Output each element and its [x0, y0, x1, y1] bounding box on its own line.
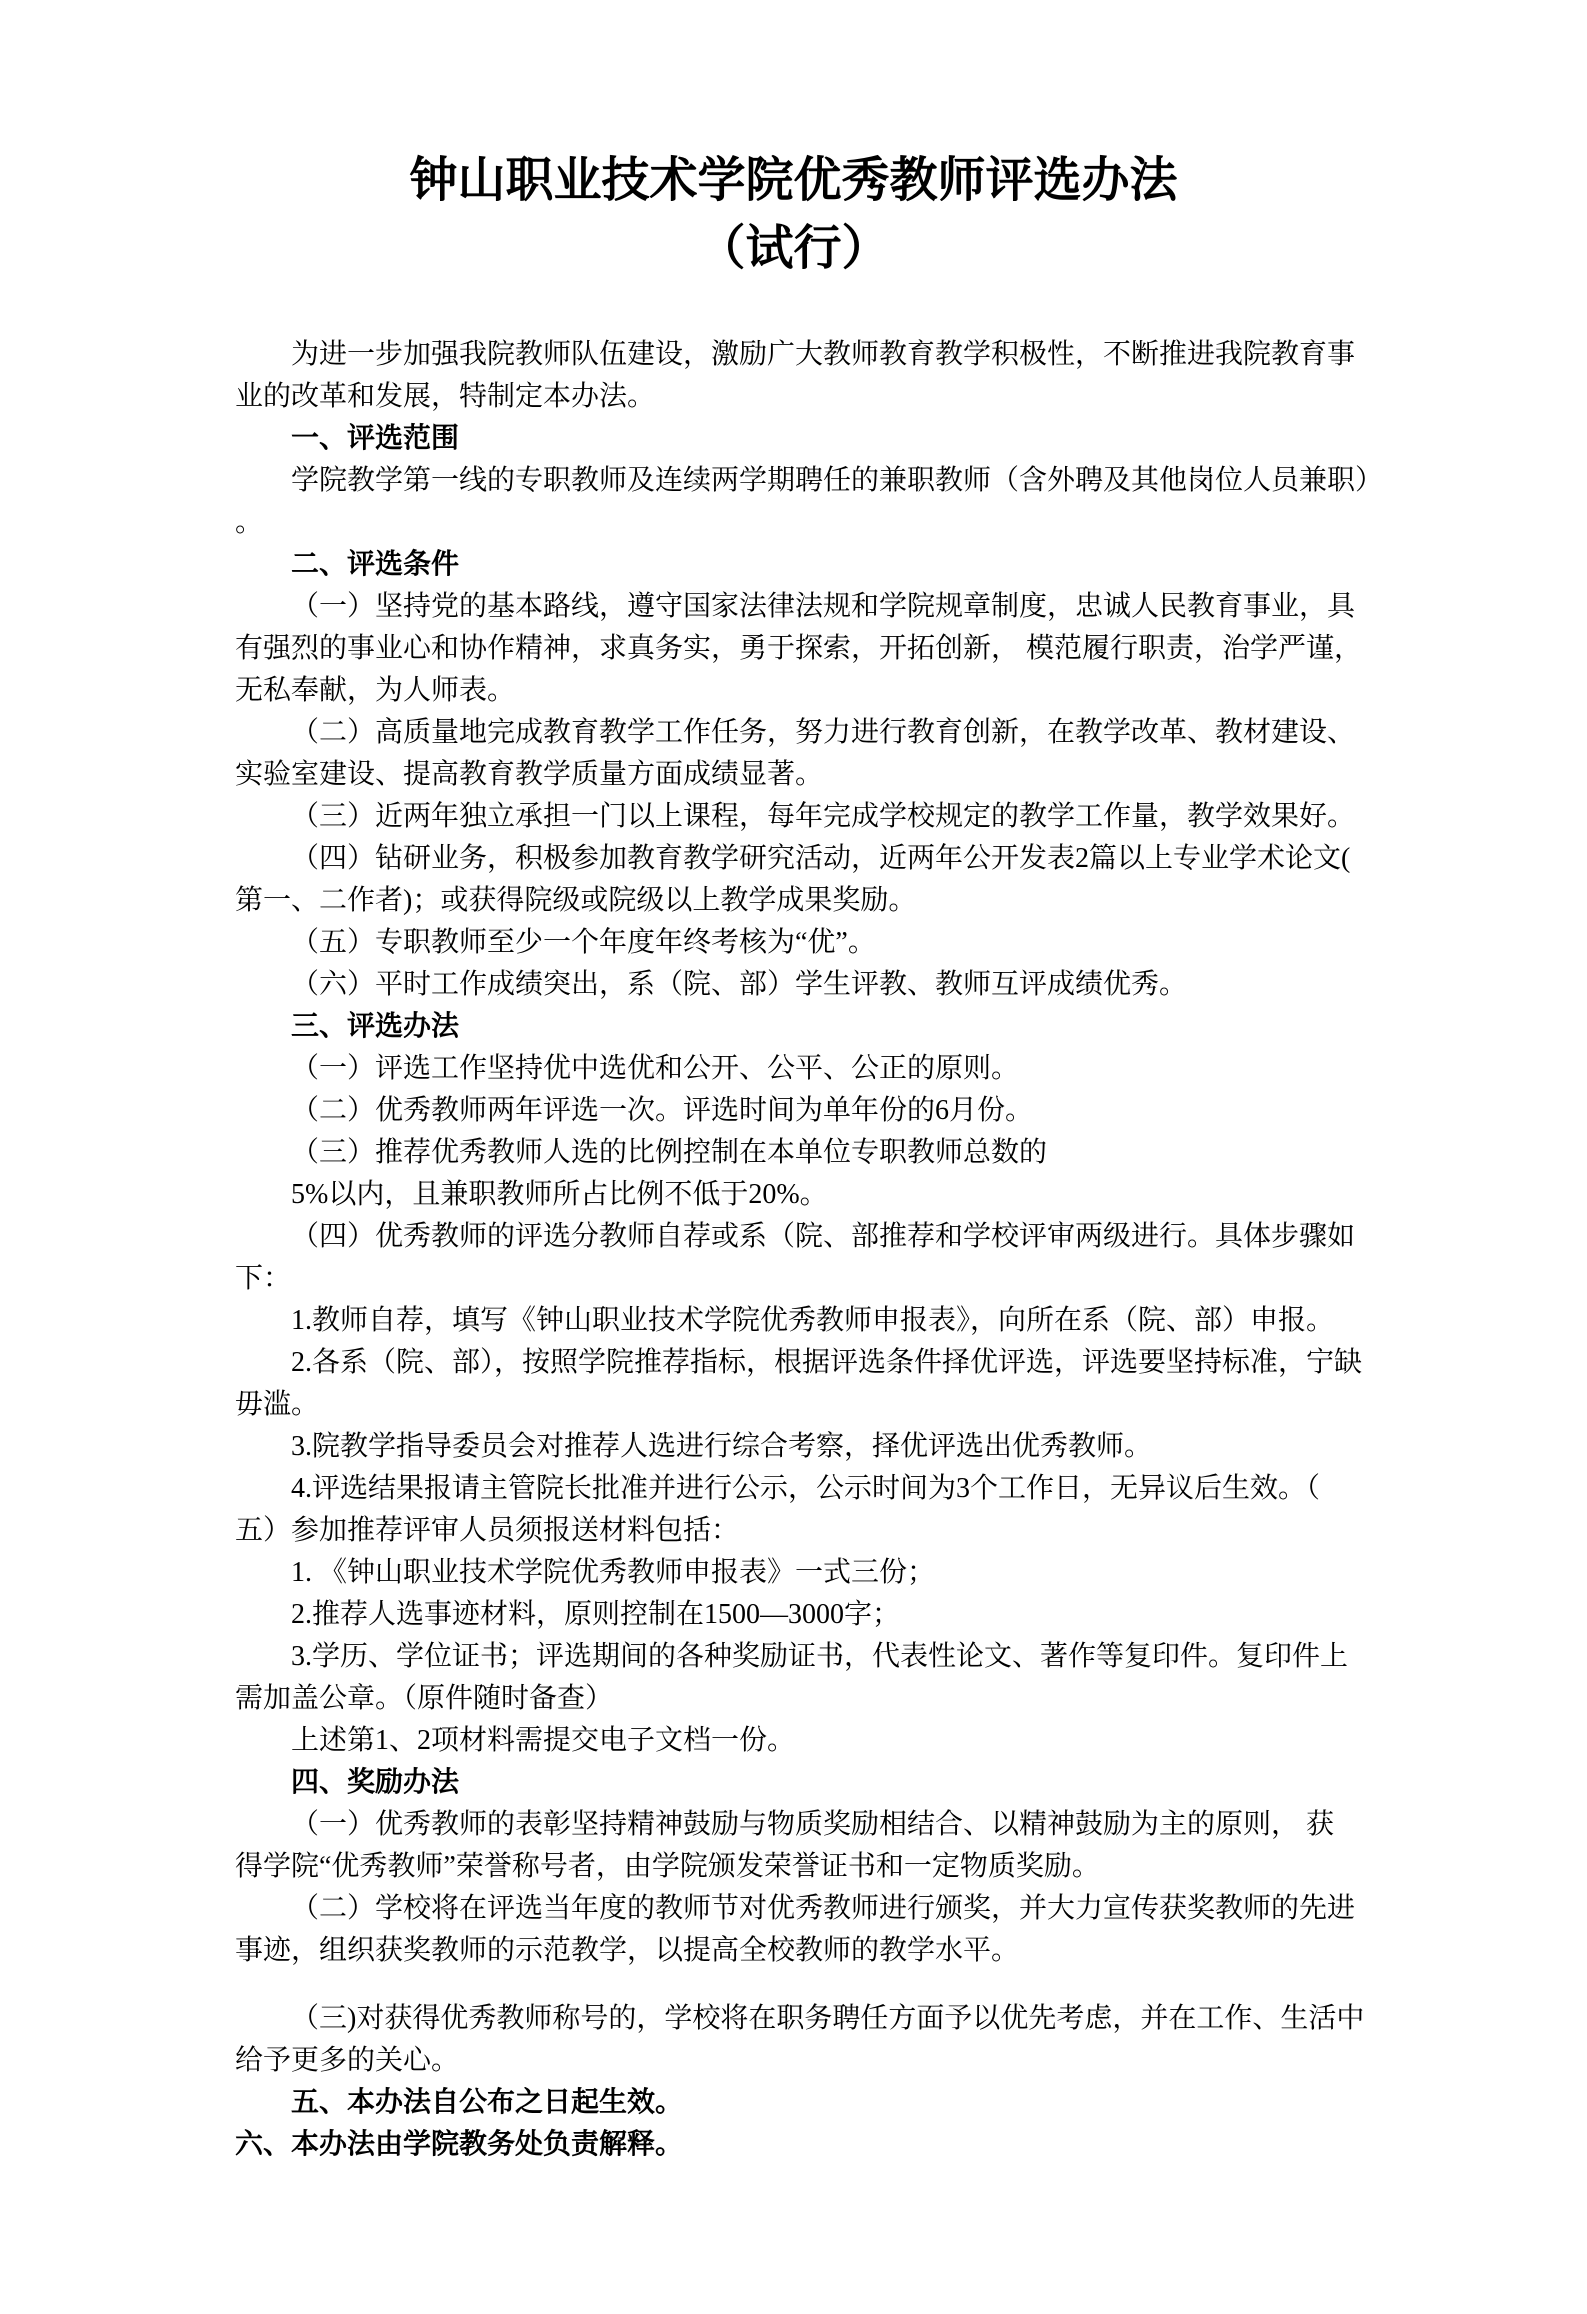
text-line: 上述第1、2项材料需提交电子文档一份。 [235, 1720, 1457, 1762]
text-line: 二、评选条件 [235, 544, 1457, 586]
text-line: 2.各系（院、部），按照学院推荐指标，根据评选条件择优评选，评选要坚持标准，宁缺 [235, 1342, 1457, 1384]
text-line: 为进一步加强我院教师队伍建设，激励广大教师教育教学积极性，不断推进我院教育事 [235, 334, 1457, 376]
text-line: 2.推荐人选事迹材料，原则控制在1500—3000字； [235, 1594, 1457, 1636]
text-line: 得学院“优秀教师”荣誉称号者，由学院颁发荣誉证书和一定物质奖励。 [235, 1846, 1457, 1888]
text-line: 毋滥。 [235, 1384, 1457, 1426]
text-line: 四、奖励办法 [235, 1762, 1457, 1804]
text-line: 学院教学第一线的专职教师及连续两学期聘任的兼职教师（含外聘及其他岗位人员兼职） [235, 460, 1457, 502]
text-line: （三）推荐优秀教师人选的比例控制在本单位专职教师总数的 [235, 1132, 1457, 1174]
text-line: 第一、二作者)；或获得院级或院级以上教学成果奖励。 [235, 880, 1457, 922]
text-line: （五）专职教师至少一个年度年终考核为“优”。 [235, 922, 1457, 964]
text-line: 1.教师自荐，填写《钟山职业技术学院优秀教师申报表》，向所在系（院、部）申报。 [235, 1300, 1457, 1342]
text-line: 一、评选范围 [235, 418, 1457, 460]
document-subtitle: （试行） [0, 224, 1587, 274]
text-line: （六）平时工作成绩突出，系（院、部）学生评教、教师互评成绩优秀。 [235, 964, 1457, 1006]
text-line: 业的改革和发展，特制定本办法。 [235, 376, 1457, 418]
document-page: 钟山职业技术学院优秀教师评选办法 （试行） 为进一步加强我院教师队伍建设，激励广… [0, 0, 1587, 2314]
text-line: 五）参加推荐评审人员须报送材料包括： [235, 1510, 1457, 1552]
document-body: 为进一步加强我院教师队伍建设，激励广大教师教育教学积极性，不断推进我院教育事业的… [0, 334, 1587, 2166]
text-line: 需加盖公章。（原件随时备查） [235, 1678, 1457, 1720]
text-line: （二）优秀教师两年评选一次。评选时间为单年份的6月份。 [235, 1090, 1457, 1132]
text-line: （一）优秀教师的表彰坚持精神鼓励与物质奖励相结合、以精神鼓励为主的原则， 获 [235, 1804, 1457, 1846]
text-line: 。 [235, 502, 1457, 544]
text-line: 实验室建设、提高教育教学质量方面成绩显著。 [235, 754, 1457, 796]
text-line: （二）高质量地完成教育教学工作任务，努力进行教育创新，在教学改革、教材建设、 [235, 712, 1457, 754]
text-line: （三）近两年独立承担一门以上课程，每年完成学校规定的教学工作量，教学效果好。 [235, 796, 1457, 838]
text-line: 5%以内，且兼职教师所占比例不低于20%。 [235, 1174, 1457, 1216]
text-line: 3.院教学指导委员会对推荐人选进行综合考察，择优评选出优秀教师。 [235, 1426, 1457, 1468]
text-line: 三、评选办法 [235, 1006, 1457, 1048]
text-line: 五、本办法自公布之日起生效。 [235, 2082, 1457, 2124]
text-line: 有强烈的事业心和协作精神，求真务实，勇于探索，开拓创新， 模范履行职责，治学严谨… [235, 628, 1457, 670]
text-line: （三)对获得优秀教师称号的，学校将在职务聘任方面予以优先考虑，并在工作、生活中 [235, 1998, 1457, 2040]
text-line: （四）钻研业务，积极参加教育教学研究活动，近两年公开发表2篇以上专业学术论文( [235, 838, 1457, 880]
text-line: 3.学历、学位证书；评选期间的各种奖励证书，代表性论文、著作等复印件。复印件上 [235, 1636, 1457, 1678]
text-line: 给予更多的关心。 [235, 2040, 1457, 2082]
text-line: 下： [235, 1258, 1457, 1300]
text-line: 4.评选结果报请主管院长批准并进行公示，公示时间为3个工作日，无异议后生效。（ [235, 1468, 1457, 1510]
text-line: （二）学校将在评选当年度的教师节对优秀教师进行颁奖，并大力宣传获奖教师的先进 [235, 1888, 1457, 1930]
text-line: 事迹，组织获奖教师的示范教学，以提高全校教师的教学水平。 [235, 1930, 1457, 1972]
document-title-block: 钟山职业技术学院优秀教师评选办法 （试行） [0, 0, 1587, 274]
text-line: （一）坚持党的基本路线，遵守国家法律法规和学院规章制度，忠诚人民教育事业，具 [235, 586, 1457, 628]
text-line: （一）评选工作坚持优中选优和公开、公平、公正的原则。 [235, 1048, 1457, 1090]
text-line: 1. 《钟山职业技术学院优秀教师申报表》一式三份； [235, 1552, 1457, 1594]
text-line: 无私奉献，为人师表。 [235, 670, 1457, 712]
text-line: 六、本办法由学院教务处负责解释。 [235, 2124, 1457, 2166]
text-line: （四）优秀教师的评选分教师自荐或系（院、部推荐和学校评审两级进行。具体步骤如 [235, 1216, 1457, 1258]
document-title: 钟山职业技术学院优秀教师评选办法 [0, 156, 1587, 206]
